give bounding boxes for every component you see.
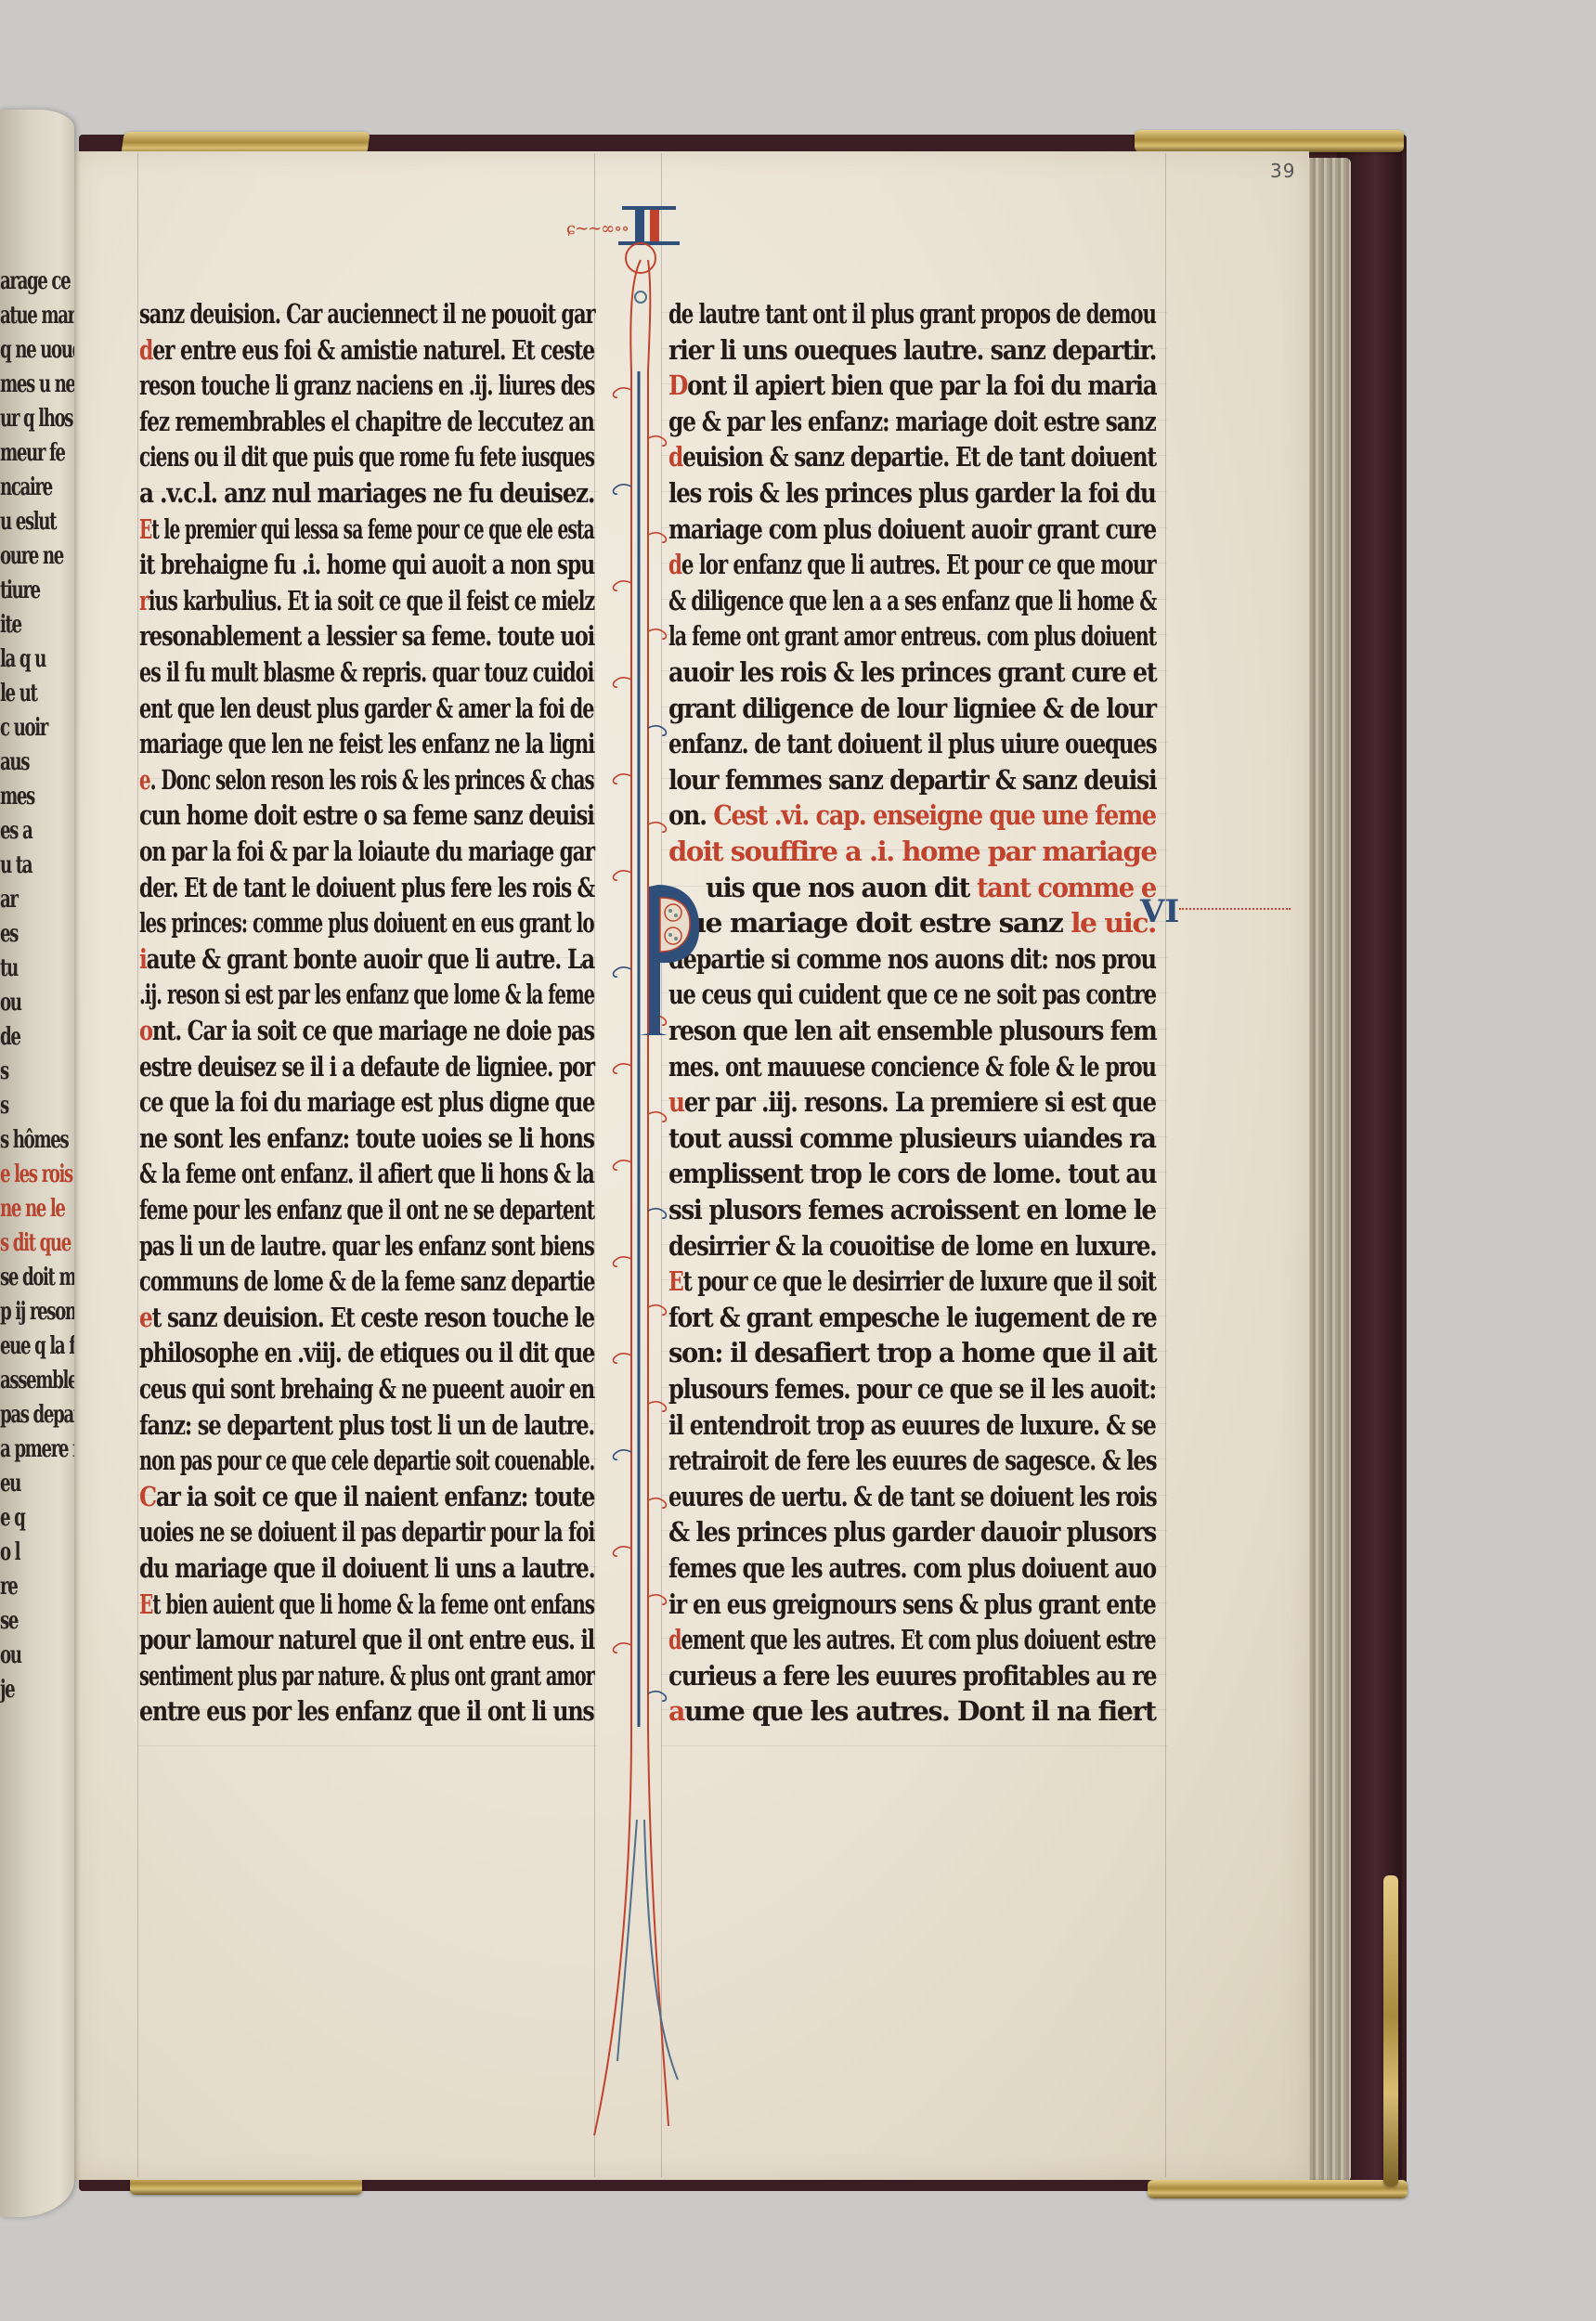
red-touched-capital: E bbox=[139, 513, 151, 545]
text-line: departie si comme nos auons dit: nos pro… bbox=[668, 940, 1156, 978]
text-line: estre deuisez se il i a defaute de ligni… bbox=[139, 1048, 594, 1085]
text-line: mariage com plus doiuent auoir grant cur… bbox=[668, 511, 1156, 548]
left-page-text-line: la q u bbox=[0, 645, 45, 673]
left-page-text-line: re bbox=[0, 1573, 17, 1601]
left-page-text-line: o l bbox=[0, 1538, 19, 1566]
line-text: desirrier & la couoitise de lome en luxu… bbox=[668, 1230, 1156, 1262]
text-line: ue ceus qui cuident que ce ne soit pas c… bbox=[668, 976, 1156, 1013]
text-line: enfanz. de tant doiuent il plus uiure ou… bbox=[668, 725, 1156, 762]
text-line: pas li un de lautre. quar les enfanz son… bbox=[139, 1227, 594, 1264]
line-text: emplissent trop le cors de lome. tout au bbox=[668, 1158, 1156, 1189]
text-line: cun home doit estre o sa feme sanz deuis… bbox=[139, 797, 594, 834]
left-page-text-line: aus bbox=[0, 748, 29, 776]
text-line: & diligence que len a a ses enfanz que l… bbox=[668, 582, 1156, 619]
text-line: mes. ont mauuese concience & fole & le p… bbox=[668, 1048, 1156, 1085]
left-page-text-line: se bbox=[0, 1607, 18, 1635]
text-line: communs de lome & de la feme sanz depart… bbox=[139, 1263, 594, 1300]
text-line: deuision & sanz departie. Et de tant doi… bbox=[668, 438, 1156, 475]
line-text: resonablement a lessier sa feme. toute u… bbox=[139, 620, 594, 652]
text-line: a .v.c.l. anz nul mariages ne fu deuisez… bbox=[139, 474, 594, 512]
left-page-text-line: atue mariag bbox=[0, 302, 74, 330]
brass-edge-right-icon bbox=[1383, 1875, 1398, 2186]
line-text-rest: nt. Car ia soit ce que mariage ne doie p… bbox=[152, 1015, 594, 1046]
text-line: ciens ou il dit que puis que rome fu fet… bbox=[139, 438, 594, 475]
left-page-text-line: es bbox=[0, 920, 18, 948]
text-line: uoies ne se doiuent il pas departir pour… bbox=[139, 1513, 594, 1550]
left-page-text-line: c uoir bbox=[0, 714, 47, 742]
text-line: .ij. reson si est par les enfanz que lom… bbox=[139, 976, 594, 1013]
left-page-text-line: se doit ma bbox=[0, 1264, 74, 1291]
text-line: aume que les autres. Dont il na fiert bbox=[668, 1692, 1156, 1730]
ruling-vertical bbox=[1165, 153, 1166, 2177]
marginal-chapter-number: VI bbox=[1140, 893, 1179, 930]
text-line: les princes: comme plus doiuent en eus g… bbox=[139, 904, 594, 941]
left-page-text-line: e q bbox=[0, 1504, 24, 1532]
line-text: communs de lome & de la feme sanz depart… bbox=[139, 1265, 594, 1297]
ruling-horizontal bbox=[137, 1745, 597, 1746]
line-text: on par la foi & par la loiaute du mariag… bbox=[139, 836, 594, 867]
text-line: sanz deuision. Car auciennect il ne pouo… bbox=[139, 295, 594, 332]
line-text: rier li uns oueques lautre. sanz departi… bbox=[668, 334, 1156, 366]
line-text: Et pour ce que le desirrier de luxure qu… bbox=[668, 1265, 1156, 1297]
line-text: & la feme ont enfanz. il afiert que li h… bbox=[139, 1158, 594, 1189]
line-text: ge & par les enfanz: mariage doit estre … bbox=[668, 406, 1156, 437]
left-page-text-line: arage ce ledo bbox=[0, 267, 74, 295]
header-flourish-icon: ɕ∼∼∞∘∘ bbox=[566, 219, 629, 239]
line-text-rest: ar ia soit ce que il naient enfanz: tout… bbox=[156, 1481, 594, 1512]
line-text-rest: t bien auient que li home & la feme ont … bbox=[152, 1588, 594, 1620]
text-line: que mariage doit estre sanz le uic. bbox=[668, 904, 1156, 941]
line-text-rest: t sanz deuision. Et ceste reson touche l… bbox=[152, 1302, 594, 1333]
left-page-text-line: q ne uoudr bbox=[0, 336, 74, 364]
left-page-text-line: tu bbox=[0, 954, 18, 982]
line-text: ne sont les enfanz: toute uoies se li ho… bbox=[139, 1122, 594, 1154]
text-line: les rois & les princes plus garder la fo… bbox=[668, 474, 1156, 512]
line-text: e. Donc selon reson les rois & les princ… bbox=[139, 764, 594, 796]
left-page-text-line: s dit que bbox=[0, 1229, 71, 1257]
line-text-rest: . Donc selon reson les rois & les prince… bbox=[150, 764, 594, 796]
red-touched-capital: o bbox=[139, 1015, 152, 1046]
line-text: & diligence que len a a ses enfanz que l… bbox=[668, 585, 1156, 616]
text-line: entre eus por les enfanz que il ont li u… bbox=[139, 1692, 594, 1730]
line-text-rest: t le premier qui lessa sa feme pour ce q… bbox=[151, 513, 593, 545]
text-line: auoir les rois & les princes grant cure … bbox=[668, 654, 1156, 691]
text-line: Car ia soit ce que il naient enfanz: tou… bbox=[139, 1478, 594, 1515]
line-text: sanz deuision. Car auciennect il ne pouo… bbox=[139, 298, 594, 330]
line-text: Dont il apiert bien que par la foi du ma… bbox=[668, 370, 1156, 401]
line-text-rest: euision & sanz departie. Et de tant doiu… bbox=[682, 441, 1156, 473]
line-text: que mariage doit estre sanz bbox=[668, 907, 1062, 939]
text-column-right: de lautre tant ont il plus grant propos … bbox=[668, 295, 1161, 1744]
text-line: feme pour les enfanz que il ont ne se de… bbox=[139, 1191, 594, 1228]
text-line: fanz: se departent plus tost li un de la… bbox=[139, 1407, 594, 1444]
line-text-rest: aute & grant bonte auoir que li autre. L… bbox=[147, 943, 594, 975]
text-line: il entendroit trop as euures de luxure. … bbox=[668, 1407, 1156, 1444]
left-page-text-line: pas departi bbox=[0, 1401, 74, 1429]
text-line: retrairoit de fere les euures de sagesce… bbox=[668, 1442, 1156, 1479]
text-line: sentiment plus par nature. & plus ont gr… bbox=[139, 1657, 594, 1694]
text-line: Et le premier qui lessa sa feme pour ce … bbox=[139, 511, 594, 548]
text-line: der. Et de tant le doiuent plus fere les… bbox=[139, 869, 594, 906]
line-text: reson touche li granz naciens en .ij. li… bbox=[139, 370, 594, 401]
text-line: ssi plusors femes acroissent en lome le bbox=[668, 1191, 1156, 1228]
text-line: rius karbulius. Et ia soit ce que il fei… bbox=[139, 582, 594, 619]
line-text: a .v.c.l. anz nul mariages ne fu deuisez… bbox=[139, 477, 594, 509]
line-text: ent que len deust plus garder & amer la … bbox=[139, 693, 593, 724]
svg-text:P: P bbox=[636, 877, 646, 881]
red-touched-capital: E bbox=[139, 1588, 152, 1620]
text-line: femes que les autres. com plus doiuent a… bbox=[668, 1549, 1156, 1587]
brass-corner-bottom-right-icon bbox=[1148, 2180, 1408, 2198]
line-text: der. Et de tant le doiuent plus fere les… bbox=[139, 872, 594, 903]
text-line: & la feme ont enfanz. il afiert que li h… bbox=[139, 1155, 594, 1192]
left-page-text-line: s bbox=[0, 1057, 8, 1085]
line-text: deuision & sanz departie. Et de tant doi… bbox=[668, 441, 1156, 473]
text-line: & les princes plus garder dauoir plusors bbox=[668, 1513, 1156, 1550]
line-text: mariage com plus doiuent auoir grant cur… bbox=[668, 513, 1156, 545]
left-page-text-line: tiure bbox=[0, 577, 40, 604]
text-line: ont. Car ia soit ce que mariage ne doie … bbox=[139, 1012, 594, 1049]
text-line: der entre eus foi & amistie naturel. Et … bbox=[139, 331, 594, 369]
line-text: il entendroit trop as euures de luxure. … bbox=[668, 1409, 1156, 1441]
text-line: euures de uertu. & de tant se doiuent le… bbox=[668, 1478, 1157, 1515]
left-page-text-line: es a bbox=[0, 817, 32, 845]
line-text-rest: er par .iij. resons. La premiere si est … bbox=[684, 1086, 1156, 1118]
text-line: fort & grant empesche le iugement de re bbox=[668, 1299, 1157, 1336]
rubric-text: doit souffire a .i. home par mariage bbox=[668, 836, 1156, 867]
line-text: du mariage que il doiuent li uns a lautr… bbox=[139, 1552, 595, 1584]
line-text: estre deuisez se il i a defaute de ligni… bbox=[139, 1051, 594, 1083]
text-line: on. Cest .vi. cap. enseigne que une feme bbox=[668, 797, 1156, 834]
left-page-text-line: ou bbox=[0, 989, 21, 1017]
text-line: doit souffire a .i. home par mariage bbox=[668, 833, 1156, 870]
line-text: aume que les autres. Dont il na fiert bbox=[668, 1695, 1156, 1727]
text-line: ce que la foi du mariage est plus digne … bbox=[139, 1083, 594, 1121]
text-line: grant diligence de lour ligniee & de lou… bbox=[668, 690, 1156, 727]
text-line: tout aussi comme plusieurs uiandes ra bbox=[668, 1120, 1156, 1157]
line-text: reson que len ait ensemble plusours fem bbox=[668, 1015, 1156, 1046]
line-text: de lor enfanz que li autres. Et pour ce … bbox=[668, 549, 1156, 580]
line-text: uoies ne se doiuent il pas departir pour… bbox=[139, 1516, 594, 1548]
left-page-text-line: ne ne le bbox=[0, 1195, 65, 1223]
text-line: it brehaigne fu .i. home qui auoit a non… bbox=[139, 546, 594, 583]
rubric-line-filler: tant comme e bbox=[969, 872, 1156, 903]
left-page-text-line: eu bbox=[0, 1470, 20, 1498]
line-text-rest: ont il apiert bien que par la foi du mar… bbox=[687, 370, 1156, 401]
line-text: dement que les autres. Et com plus doiue… bbox=[668, 1624, 1156, 1655]
line-text: femes que les autres. com plus doiuent a… bbox=[668, 1552, 1156, 1584]
line-text: retrairoit de fere les euures de sagesce… bbox=[668, 1445, 1156, 1476]
line-text: .ij. reson si est par les enfanz que lom… bbox=[139, 979, 594, 1010]
line-text: ce que la foi du mariage est plus digne … bbox=[139, 1086, 594, 1118]
text-line: fez remembrables el chapitre de leccutez… bbox=[139, 403, 594, 440]
text-line: ent que len deust plus garder & amer la … bbox=[139, 690, 593, 727]
line-text: auoir les rois & les princes grant cure … bbox=[668, 656, 1156, 688]
left-page-text-line: s hômes bbox=[0, 1126, 68, 1154]
left-page-text-line: s bbox=[0, 1092, 8, 1120]
line-text: mariage que len ne feist les enfanz ne l… bbox=[139, 728, 594, 759]
line-text: rius karbulius. Et ia soit ce que il fei… bbox=[139, 585, 594, 616]
line-text: grant diligence de lour ligniee & de lou… bbox=[668, 693, 1156, 724]
text-line: son: il desafiert trop a home que il ait bbox=[668, 1334, 1156, 1371]
decorated-initial-p-icon: P bbox=[636, 877, 701, 1040]
line-text: iaute & grant bonte auoir que li autre. … bbox=[139, 943, 594, 975]
line-text: uis que nos auon dit bbox=[706, 872, 969, 903]
text-line: rier li uns oueques lautre. sanz departi… bbox=[668, 331, 1156, 369]
text-line: ir en eus greignours sens & plus grant e… bbox=[668, 1586, 1156, 1623]
left-page-text-line: ncaire bbox=[0, 473, 52, 501]
text-line: es il fu mult blasme & repris. quar touz… bbox=[139, 654, 593, 691]
red-touched-capital: d bbox=[139, 334, 152, 366]
text-line: reson touche li granz naciens en .ij. li… bbox=[139, 367, 594, 404]
line-text: ssi plusors femes acroissent en lome le bbox=[668, 1194, 1156, 1225]
line-text: feme pour les enfanz que il ont ne se de… bbox=[139, 1194, 594, 1225]
text-line: on par la foi & par la loiaute du mariag… bbox=[139, 833, 594, 870]
rubric-text: Cest .vi. cap. enseigne que une feme bbox=[707, 799, 1156, 831]
running-header: ɕ∼∼∞∘∘ II bbox=[622, 206, 678, 245]
left-page-text-line: u ta bbox=[0, 851, 32, 879]
line-text: son: il desafiert trop a home que il ait bbox=[668, 1337, 1156, 1368]
line-text: entre eus por les enfanz que il ont li u… bbox=[139, 1695, 594, 1727]
line-text: les rois & les princes plus garder la fo… bbox=[668, 477, 1156, 509]
left-page-text-line: oure ne bbox=[0, 542, 63, 570]
ruling-horizontal bbox=[661, 1745, 1167, 1746]
header-top-bar bbox=[622, 206, 676, 210]
text-line: philosophe en .viij. de etiques ou il di… bbox=[139, 1334, 594, 1371]
line-text: cun home doit estre o sa feme sanz deuis… bbox=[139, 799, 594, 831]
line-text: der entre eus foi & amistie naturel. Et … bbox=[139, 334, 594, 366]
text-line: reson que len ait ensemble plusours fem bbox=[668, 1012, 1156, 1049]
line-text: tout aussi comme plusieurs uiandes ra bbox=[668, 1122, 1156, 1154]
line-text: ir en eus greignours sens & plus grant e… bbox=[668, 1588, 1156, 1620]
line-text: sentiment plus par nature. & plus ont gr… bbox=[139, 1660, 594, 1692]
line-text: euures de uertu. & de tant se doiuent le… bbox=[668, 1481, 1157, 1512]
line-text: curieus a fere les euures profitables au… bbox=[668, 1660, 1156, 1692]
line-text: ciens ou il dit que puis que rome fu fet… bbox=[139, 441, 594, 473]
text-line: curieus a fere les euures profitables au… bbox=[668, 1657, 1156, 1694]
text-line: emplissent trop le cors de lome. tout au bbox=[668, 1155, 1156, 1192]
text-line: dement que les autres. Et com plus doiue… bbox=[668, 1621, 1156, 1658]
line-text: departie si comme nos auons dit: nos pro… bbox=[668, 943, 1156, 975]
line-text-rest: e lor enfanz que li autres. Et pour ce q… bbox=[681, 549, 1156, 580]
line-text: non pas pour ce que cele departie soit c… bbox=[139, 1445, 594, 1476]
left-page-text-line: mes u nedpas bbox=[0, 370, 74, 398]
line-text: ceus qui sont brehaing & ne pueent auoir… bbox=[139, 1373, 594, 1405]
line-text-rest: t pour ce que le desirrier de luxure que… bbox=[683, 1265, 1156, 1297]
line-text-rest: ement que les autres. Et com plus doiuen… bbox=[681, 1624, 1156, 1655]
text-line: de lor enfanz que li autres. Et pour ce … bbox=[668, 546, 1156, 583]
left-page-text-line: le ut bbox=[0, 680, 36, 707]
left-page-text-line: meur fe bbox=[0, 439, 65, 467]
text-line: de lautre tant ont il plus grant propos … bbox=[668, 295, 1156, 332]
page-block-fore-edge bbox=[1304, 158, 1351, 2182]
text-line: et sanz deuision. Et ceste reson touche … bbox=[139, 1299, 594, 1336]
left-page-text-line: ite bbox=[0, 611, 21, 639]
header-stroke-red bbox=[650, 210, 659, 241]
line-text-rest: ume que les autres. Dont il na fiert bbox=[684, 1695, 1156, 1727]
line-text: es il fu mult blasme & repris. quar touz… bbox=[139, 656, 593, 688]
line-text-rest: er entre eus foi & amistie naturel. Et c… bbox=[152, 334, 594, 366]
text-line: ne sont les enfanz: toute uoies se li ho… bbox=[139, 1120, 594, 1157]
text-line: ge & par les enfanz: mariage doit estre … bbox=[668, 403, 1156, 440]
line-text: la feme ont grant amor entreus. com plus… bbox=[668, 620, 1156, 652]
line-text: fort & grant empesche le iugement de re bbox=[668, 1302, 1157, 1333]
text-line: Et pour ce que le desirrier de luxure qu… bbox=[668, 1263, 1156, 1300]
red-touched-capital: C bbox=[139, 1481, 156, 1512]
header-stroke-blue bbox=[635, 210, 644, 241]
left-page-verso-fragment: arage ce ledoatue mariagq ne uoudrmes u … bbox=[0, 110, 74, 2217]
text-line: Et bien auient que li home & la feme ont… bbox=[139, 1586, 594, 1623]
left-page-text-line: e les rois bbox=[0, 1160, 72, 1188]
text-line: uis que nos auon dit tant comme e bbox=[706, 869, 1156, 906]
text-line: pour lamour naturel que il ont entre eus… bbox=[139, 1621, 594, 1658]
left-page-text-line: p ij resons bbox=[0, 1298, 74, 1326]
line-text: enfanz. de tant doiuent il plus uiure ou… bbox=[668, 728, 1156, 759]
left-page-text-line: assemble bbox=[0, 1367, 74, 1394]
left-page-text-line: mes bbox=[0, 783, 34, 810]
line-text-rest: ius karbulius. Et ia soit ce que il feis… bbox=[149, 585, 594, 616]
text-line: ceus qui sont brehaing & ne pueent auoir… bbox=[139, 1370, 594, 1407]
text-line: Dont il apiert bien que par la foi du ma… bbox=[668, 367, 1156, 404]
left-page-text-line: eue q la fi bbox=[0, 1332, 74, 1360]
red-touched-capital: i bbox=[139, 943, 147, 975]
folio-number: 39 bbox=[1270, 160, 1295, 182]
line-text: uer par .iij. resons. La premiere si est… bbox=[668, 1086, 1156, 1118]
line-text: plusours femes. pour ce que se il les au… bbox=[668, 1373, 1156, 1405]
line-text: ont. Car ia soit ce que mariage ne doie … bbox=[139, 1015, 594, 1046]
line-text: pour lamour naturel que il ont entre eus… bbox=[139, 1624, 594, 1655]
line-text: it brehaigne fu .i. home qui auoit a non… bbox=[139, 549, 594, 580]
text-line: lour femmes sanz departir & sanz deuisi bbox=[668, 761, 1156, 798]
line-text: ue ceus qui cuident que ce ne soit pas c… bbox=[668, 979, 1156, 1010]
line-text: philosophe en .viij. de etiques ou il di… bbox=[139, 1337, 594, 1368]
left-page-text-line: je bbox=[0, 1676, 14, 1704]
text-line: uer par .iij. resons. La premiere si est… bbox=[668, 1083, 1156, 1121]
line-text: mes. ont mauuese concience & fole & le p… bbox=[668, 1051, 1156, 1083]
line-text: fanz: se departent plus tost li un de la… bbox=[139, 1409, 594, 1441]
line-text: les princes: comme plus doiuent en eus g… bbox=[139, 907, 594, 939]
left-page-text-line: ou bbox=[0, 1641, 21, 1669]
penwork-border-icon bbox=[576, 241, 687, 2182]
line-text: & les princes plus garder dauoir plusors bbox=[668, 1516, 1156, 1548]
line-text: Car ia soit ce que il naient enfanz: tou… bbox=[139, 1481, 594, 1512]
ruling-vertical bbox=[137, 153, 138, 2177]
left-page-text-line: ur q lhos p ij bbox=[0, 405, 74, 433]
brass-corner-top-right-icon bbox=[1135, 130, 1404, 152]
chapter-marker-flourish bbox=[1179, 908, 1291, 912]
text-line: iaute & grant bonte auoir que li autre. … bbox=[139, 940, 594, 978]
line-text: de lautre tant ont il plus grant propos … bbox=[668, 298, 1156, 330]
line-text: et sanz deuision. Et ceste reson touche … bbox=[139, 1302, 594, 1333]
left-page-text-line: de bbox=[0, 1023, 20, 1051]
red-touched-capital: r bbox=[139, 585, 149, 616]
red-touched-capital: e bbox=[139, 1302, 152, 1333]
red-touched-capital: e bbox=[139, 764, 150, 796]
line-text: Et le premier qui lessa sa feme pour ce … bbox=[139, 513, 594, 545]
left-page-text-line: ar bbox=[0, 886, 18, 914]
text-line: plusours femes. pour ce que se il les au… bbox=[668, 1370, 1156, 1407]
text-line: e. Donc selon reson les rois & les princ… bbox=[139, 761, 594, 798]
line-text: pas li un de lautre. quar les enfanz son… bbox=[139, 1230, 594, 1262]
line-text: Et bien auient que li home & la feme ont… bbox=[139, 1588, 594, 1620]
line-text: fez remembrables el chapitre de leccutez… bbox=[139, 406, 594, 437]
left-page-text-line: a pmere r bbox=[0, 1435, 74, 1463]
text-line: du mariage que il doiuent li uns a lautr… bbox=[139, 1549, 595, 1587]
left-page-text-line: u eslut bbox=[0, 508, 56, 536]
text-column-left: sanz deuision. Car auciennect il ne pouo… bbox=[139, 295, 603, 1744]
text-line: mariage que len ne feist les enfanz ne l… bbox=[139, 725, 594, 762]
text-line: desirrier & la couoitise de lome en luxu… bbox=[668, 1227, 1156, 1264]
line-text: lour femmes sanz departir & sanz deuisi bbox=[668, 764, 1156, 796]
text-line: non pas pour ce que cele departie soit c… bbox=[139, 1442, 594, 1479]
text-line: la feme ont grant amor entreus. com plus… bbox=[668, 617, 1156, 655]
text-line: resonablement a lessier sa feme. toute u… bbox=[139, 617, 594, 655]
